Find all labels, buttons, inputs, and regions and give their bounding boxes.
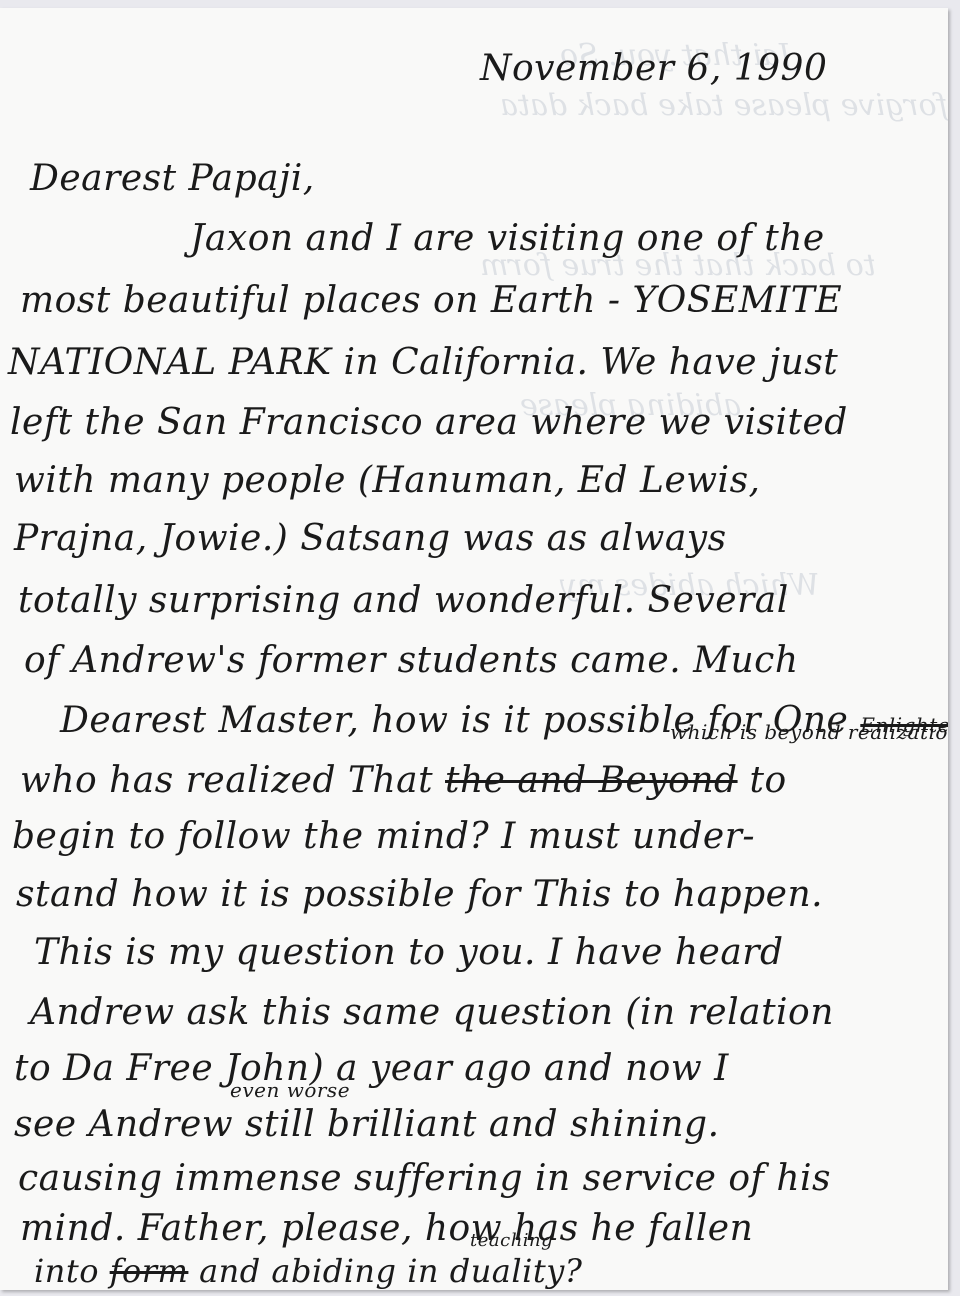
letter-line-2: most beautiful places on Earth - YOSEMIT… [20,280,842,321]
letter-line-13: This is my question to you. I have heard [34,932,784,973]
letter-date: November 6, 1990 [480,48,827,89]
letter-line-12: stand how it is possible for This to hap… [16,874,823,915]
inserted-text: even worse [230,1078,350,1102]
struck-word: the and Beyond [445,760,738,801]
letter-line-19: into form and abiding in duality? [34,1252,582,1290]
inserted-text: teaching [470,1230,553,1251]
inserted-text: which is beyond realization [670,720,948,744]
struck-word: form [110,1252,189,1290]
letter-line-14: Andrew ask this same question (in relati… [30,992,834,1033]
letter-line-18: mind. Father, please, how has he fallen [20,1208,753,1249]
letter-line-4: left the San Francisco area where we vis… [10,402,848,443]
salutation: Dearest Papaji, [30,158,315,199]
letter-line-3: NATIONAL PARK in California. We have jus… [8,342,838,383]
letter-line-17: causing immense suffering in service of … [18,1158,831,1199]
letter-line-11: begin to follow the mind? I must under- [12,816,755,857]
letter-line-8: of Andrew's former students came. Much [24,640,799,681]
letter-line-15: to Da Free John) a year ago and now I [14,1048,729,1089]
letter-line-10: who has realized That the and Beyond to [20,760,787,801]
letter-line-6: Prajna, Jowie.) Satsang was as always [14,518,727,559]
letter-line-7: totally surprising and wonderful. Severa… [18,580,789,621]
bleed-through-text: forgive please take back data [500,88,948,123]
letter-line-5: with many people (Hanuman, Ed Lewis, [14,460,761,501]
letter-line-1: Jaxon and I are visiting one of the [190,218,825,259]
letter-line-16: see Andrew still brilliant and shining. [14,1104,720,1145]
letter-page: Jai that you. So forgive please take bac… [0,8,948,1290]
